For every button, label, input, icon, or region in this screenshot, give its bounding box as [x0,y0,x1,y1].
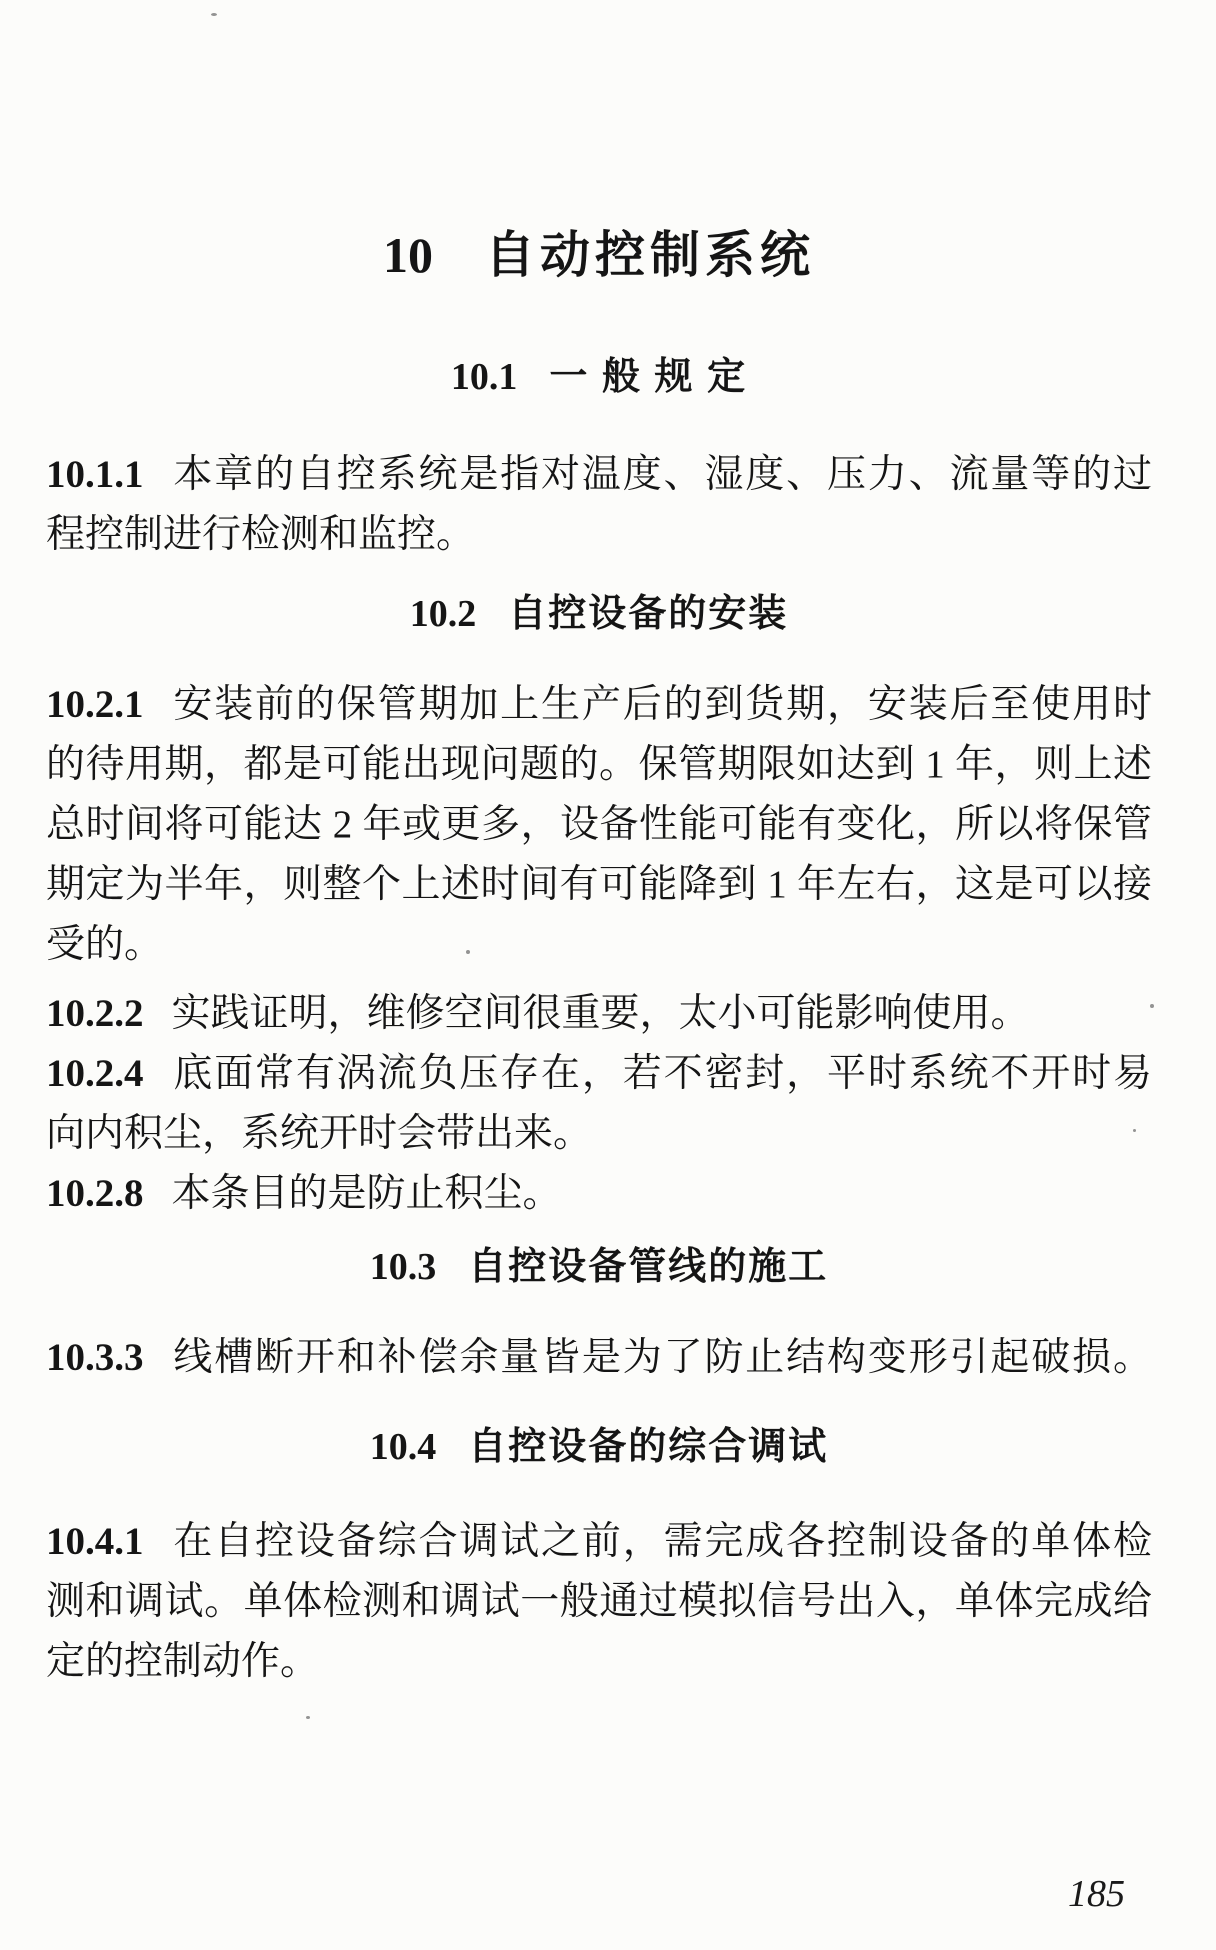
clause-line: 10.3.3线槽断开和补偿余量皆是为了防止结构变形引起破损。 [46,1328,1152,1388]
section-number: 10.4 [370,1426,437,1468]
section-heading-10-4: 10.4自控设备的综合调试 [46,1423,1152,1471]
clause-text: 本章的自控系统是指对温度、湿度、压力、流量等的过 [172,453,1153,496]
clause-line: 10.2.4底面常有涡流负压存在，若不密封，平时系统不开时易 [46,1044,1152,1104]
chapter-title: 自动控制系统 [485,227,815,283]
clause-number: 10.2.1 [46,683,144,726]
clause-text: 实践证明，维修空间很重要，太小可能影响使用。 [172,992,1030,1035]
clause-10-3-3: 10.3.3线槽断开和补偿余量皆是为了防止结构变形引起破损。 [46,1328,1152,1388]
clause-10-2-8: 10.2.8本条目的是防止积尘。 [46,1164,1152,1224]
section-heading-10-2: 10.2自控设备的安装 [46,590,1152,638]
clause-10-2-2: 10.2.2实践证明，维修空间很重要，太小可能影响使用。 [46,984,1152,1044]
clause-line: 10.2.2实践证明，维修空间很重要，太小可能影响使用。 [46,984,1152,1044]
section-title: 一 般 规 定 [549,356,747,398]
section-heading-10-1: 10.1一 般 规 定 [46,353,1152,401]
section-title: 自控设备的安装 [508,593,788,635]
clause-number: 10.2.4 [46,1052,144,1095]
clause-10-4-1: 10.4.1在自控设备综合调试之前，需完成各控制设备的单体检 测和调试。单体检测… [46,1512,1152,1692]
chapter-number: 10 [383,227,433,283]
clause-line: 10.2.8本条目的是防止积尘。 [46,1164,1152,1224]
clause-line: 测和调试。单体检测和调试一般通过模拟信号出入，单体完成给 [46,1572,1152,1632]
clause-line: 期定为半年，则整个上述时间有可能降到 1 年左右，这是可以接 [46,855,1152,915]
clause-10-2-1: 10.2.1安装前的保管期加上生产后的到货期，安装后至使用时 的待用期，都是可能… [46,675,1152,975]
section-heading-10-3: 10.3自控设备管线的施工 [46,1243,1152,1291]
clause-number: 10.1.1 [46,453,144,496]
clause-line: 10.1.1本章的自控系统是指对温度、湿度、压力、流量等的过 [46,445,1152,505]
section-title: 自控设备管线的施工 [468,1246,828,1288]
clause-line: 总时间将可能达 2 年或更多，设备性能可能有变化，所以将保管 [46,795,1152,855]
clause-line: 受的。 [46,915,1152,975]
scan-speck [306,1716,310,1719]
section-number: 10.3 [370,1246,437,1288]
clause-text: 线槽断开和补偿余量皆是为了防止结构变形引起破损。 [172,1336,1153,1379]
clause-line: 定的控制动作。 [46,1632,1152,1692]
page-number: 185 [1068,1872,1125,1916]
clause-10-2-4: 10.2.4底面常有涡流负压存在，若不密封，平时系统不开时易 向内积尘，系统开时… [46,1044,1152,1164]
section-number: 10.1 [451,356,518,398]
chapter-heading: 10自动控制系统 [46,222,1152,288]
clause-text: 安装前的保管期加上生产后的到货期，安装后至使用时 [172,683,1153,726]
document-page: 10自动控制系统 10.1一 般 规 定 10.1.1本章的自控系统是指对温度、… [0,0,1216,1950]
clause-line: 的待用期，都是可能出现问题的。保管期限如达到 1 年，则上述 [46,735,1152,795]
section-title: 自控设备的综合调试 [468,1426,828,1468]
section-number: 10.2 [410,593,477,635]
clause-10-1-1: 10.1.1本章的自控系统是指对温度、湿度、压力、流量等的过 程控制进行检测和监… [46,445,1152,565]
clause-text: 底面常有涡流负压存在，若不密封，平时系统不开时易 [172,1052,1153,1095]
clause-line: 10.2.1安装前的保管期加上生产后的到货期，安装后至使用时 [46,675,1152,735]
clause-line: 程控制进行检测和监控。 [46,505,1152,565]
clause-number: 10.2.8 [46,1172,144,1215]
clause-number: 10.3.3 [46,1336,144,1379]
clause-line: 10.4.1在自控设备综合调试之前，需完成各控制设备的单体检 [46,1512,1152,1572]
clause-line: 向内积尘，系统开时会带出来。 [46,1104,1152,1164]
clause-number: 10.4.1 [46,1520,144,1563]
text-column: 10自动控制系统 10.1一 般 规 定 10.1.1本章的自控系统是指对温度、… [46,0,1152,1692]
clause-number: 10.2.2 [46,992,144,1035]
clause-text: 本条目的是防止积尘。 [172,1172,562,1215]
clause-text: 在自控设备综合调试之前，需完成各控制设备的单体检 [172,1520,1153,1563]
